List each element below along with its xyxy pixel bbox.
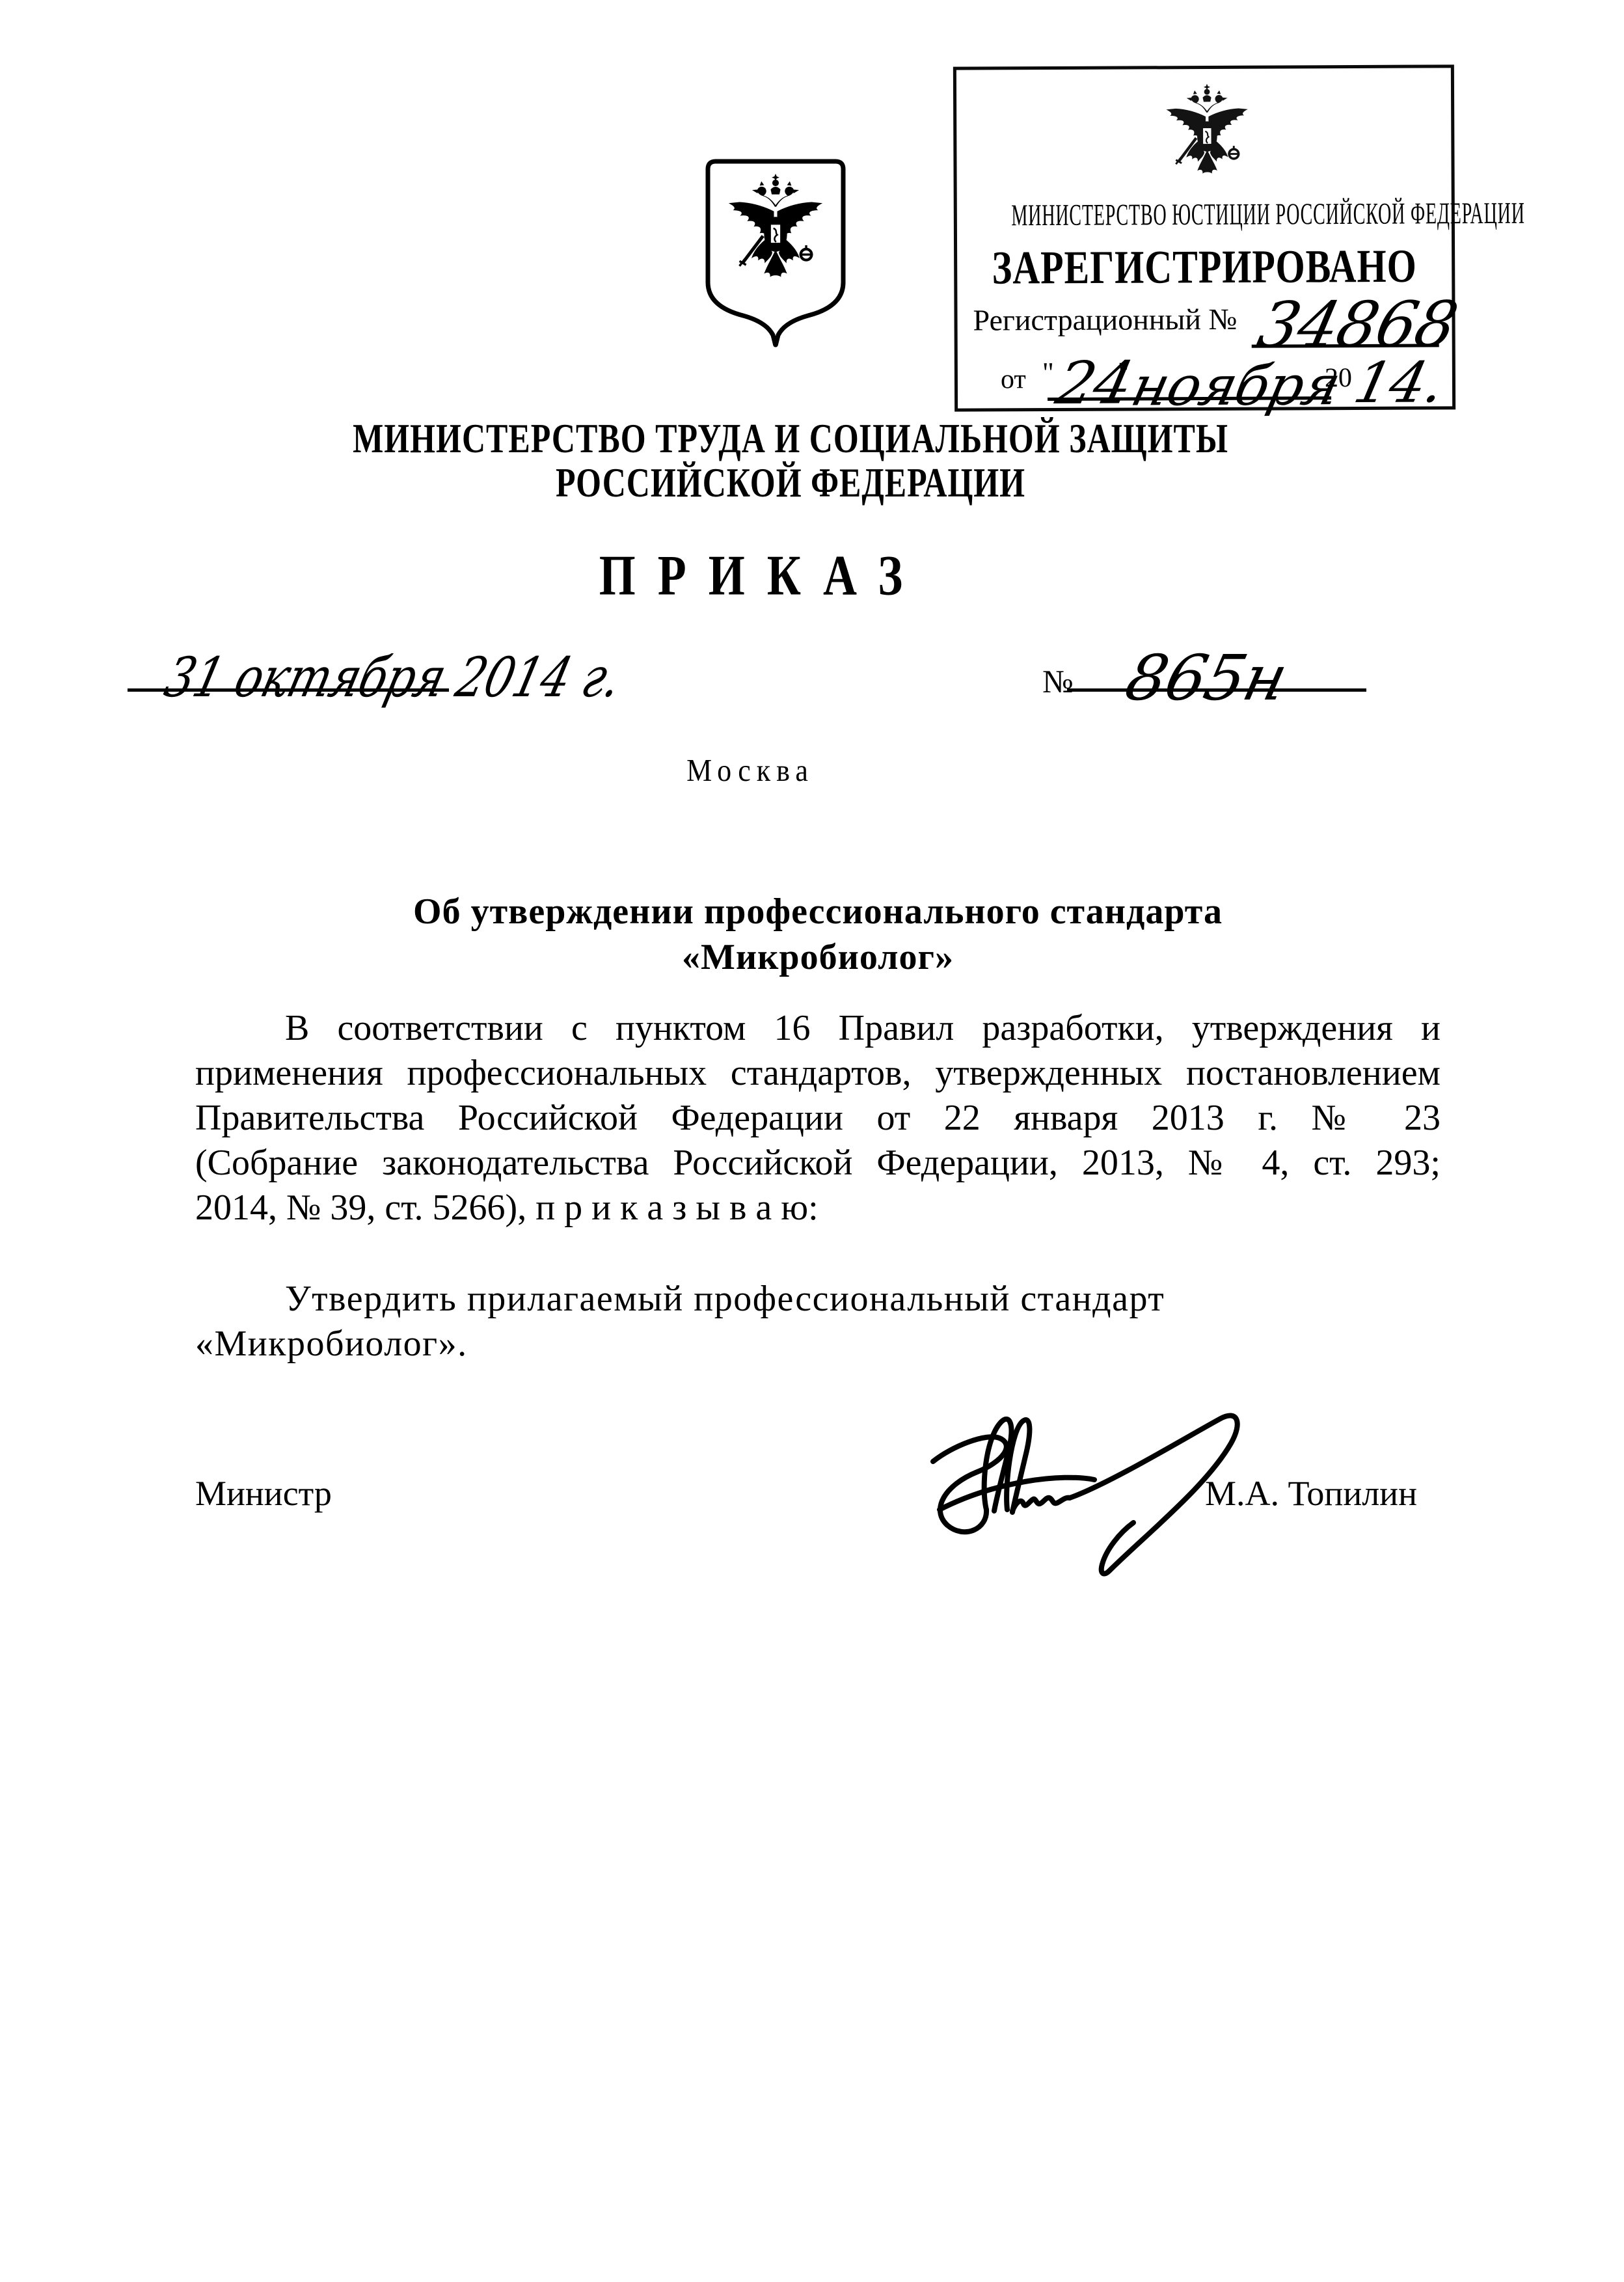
ministry-name-line1: МИНИСТЕРСТВО ТРУДА И СОЦИАЛЬНОЙ ЗАЩИТЫ [39, 414, 1542, 462]
stamp-eagle-icon [1159, 82, 1255, 180]
document-page: МИНИСТЕРСТВО ЮСТИЦИИ РОССИЙСКОЙ ФЕДЕРАЦИ… [0, 0, 1624, 2282]
document-type-title: ПРИКАЗ [0, 543, 1524, 608]
signer-name: М.А. Топилин [1205, 1473, 1417, 1514]
minister-signature [924, 1411, 1249, 1588]
stamp-open-quote: " [1042, 356, 1054, 389]
stamp-year-handwritten: 14. [1348, 350, 1450, 416]
stamp-year-printed: 20 [1325, 362, 1352, 394]
city-label: Москва [0, 752, 1500, 789]
registration-stamp: МИНИСТЕРСТВО ЮСТИЦИИ РОССИЙСКОЙ ФЕДЕРАЦИ… [953, 64, 1455, 411]
body-line: применения профессиональных стандартов, … [195, 1051, 1441, 1096]
subject-heading: Об утверждении профессионального стандар… [190, 889, 1446, 980]
stamp-date-prefix: от [1001, 364, 1026, 395]
date-underline [128, 688, 449, 692]
signer-title: Министр [195, 1473, 332, 1514]
body-line: (Собрание законодательства Российской Фе… [195, 1141, 1441, 1186]
subject-line2: «Микробиолог» [190, 934, 1446, 980]
number-sign-label: № [1042, 662, 1074, 700]
coat-of-arms-emblem [697, 155, 854, 350]
stamp-ministry-line: МИНИСТЕРСТВО ЮСТИЦИИ РОССИЙСКОЙ ФЕДЕРАЦИ… [1011, 196, 1397, 233]
stamp-registration-number-label: Регистрационный № [973, 302, 1237, 338]
body-line: В соответствии с пунктом 16 Правил разра… [195, 1006, 1441, 1051]
subject-line1: Об утверждении профессионального стандар… [190, 889, 1446, 934]
stamp-registered-label: ЗАРЕГИСТРИРОВАНО [957, 238, 1452, 295]
order-number-handwritten: 865н [1119, 642, 1293, 714]
number-underline [1067, 688, 1366, 692]
body-line: 2014, № 39, ст. 5266), п р и к а з ы в а… [195, 1186, 1441, 1230]
body-paragraph: В соответствии с пунктом 16 Правил разра… [195, 1006, 1441, 1230]
body-line: Правительства Российской Федерации от 22… [195, 1096, 1441, 1141]
order-clause: Утвердить прилагаемый профессиональный с… [195, 1277, 1441, 1366]
order-date-handwritten: 31 октября 2014 г. [159, 645, 627, 709]
stamp-date-month-handwritten: ноября [1126, 353, 1346, 418]
ministry-name-line2: РОССИЙСКОЙ ФЕДЕРАЦИИ [39, 458, 1542, 506]
stamp-close-quote: " [1118, 356, 1130, 389]
